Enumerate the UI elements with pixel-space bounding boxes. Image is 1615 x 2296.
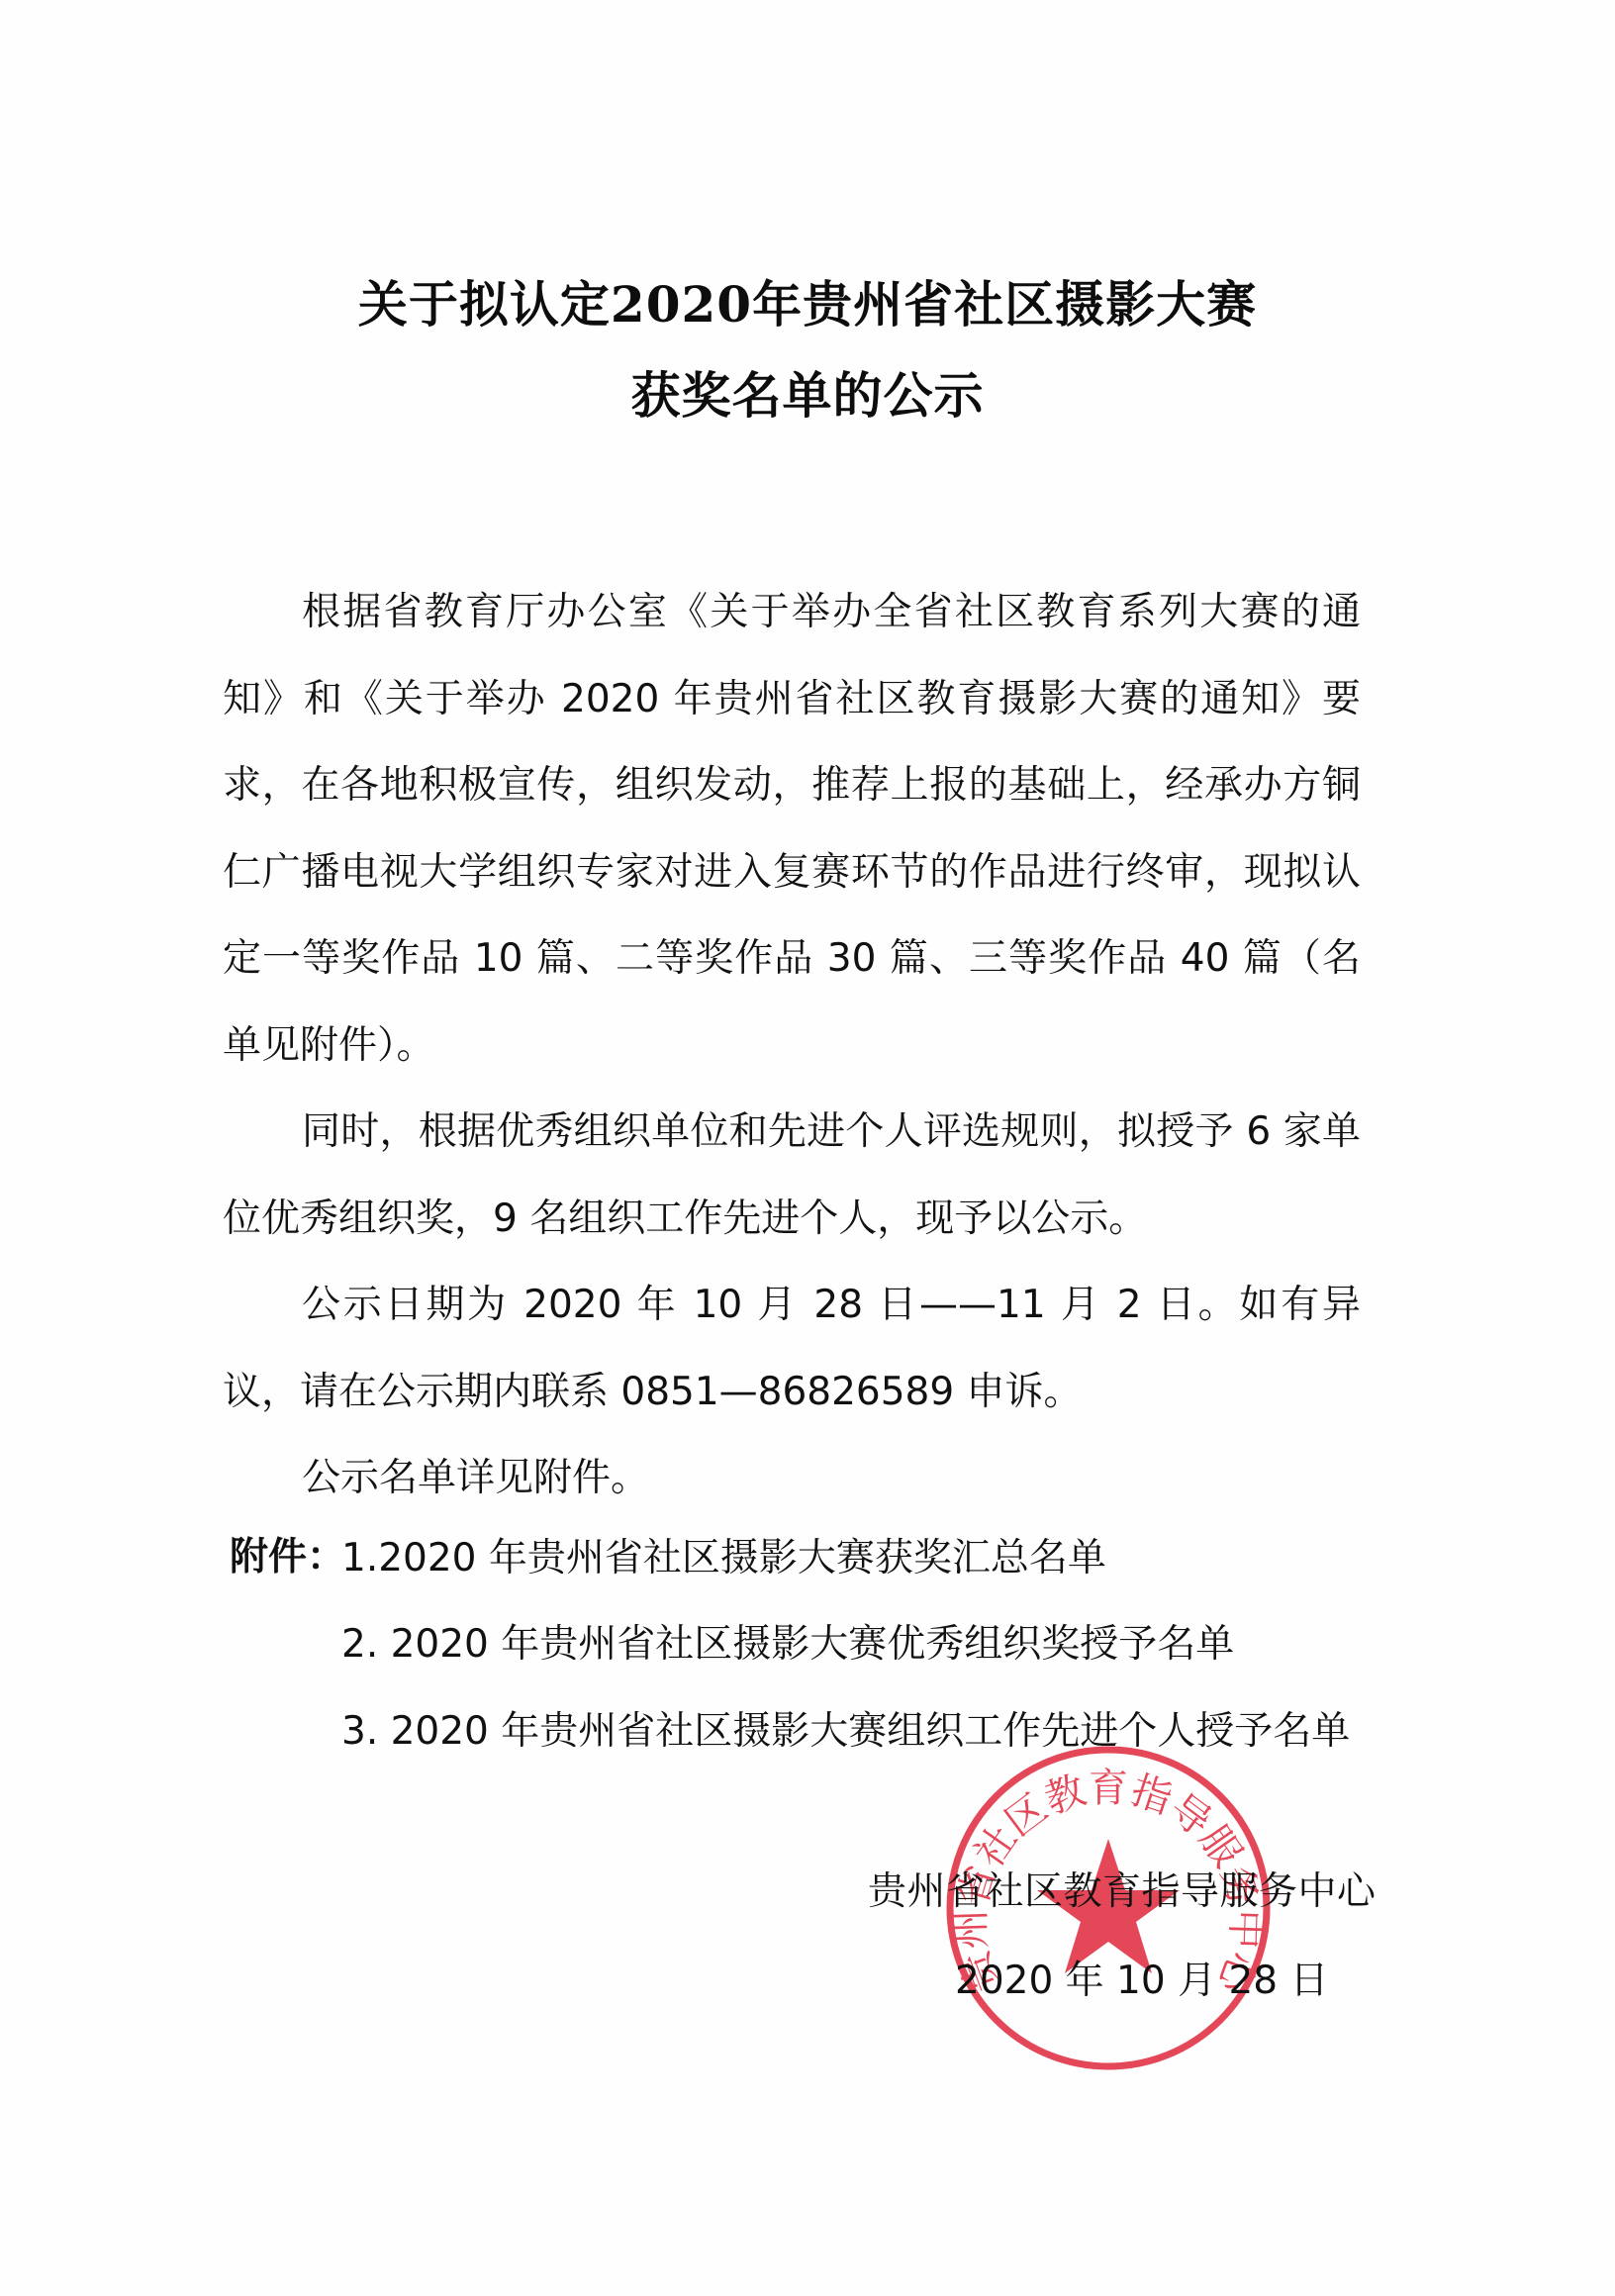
paragraph-3: 公示日期为 2020 年 10 月 28 日——11 月 2 日。如有异议，请在… xyxy=(223,1262,1361,1435)
signature-date: 2020 年 10 月 28 日 xyxy=(955,1950,1329,2005)
title-line-1: 关于拟认定2020年贵州省社区摄影大赛 xyxy=(0,265,1615,336)
attachments-label: 附件： xyxy=(230,1514,345,1601)
attachment-item-2: 2. 2020 年贵州省社区摄影大赛优秀组织奖授予名单 xyxy=(341,1613,1234,1669)
signature-organization: 贵州省社区教育指导服务中心 xyxy=(868,1861,1377,1916)
document-page: 关于拟认定2020年贵州省社区摄影大赛 获奖名单的公示 根据省教育厅办公室《关于… xyxy=(0,0,1615,2296)
attachments-label-text: 附件： xyxy=(230,1535,345,1579)
body-text: 根据省教育厅办公室《关于举办全省社区教育系列大赛的通知》和《关于举办 2020 … xyxy=(223,569,1361,1522)
attachment-item-1: 1.2020 年贵州省社区摄影大赛获奖汇总名单 xyxy=(341,1527,1106,1582)
title-line-2: 获奖名单的公示 xyxy=(0,356,1615,428)
paragraph-4: 公示名单详见附件。 xyxy=(223,1435,1361,1522)
paragraph-1: 根据省教育厅办公室《关于举办全省社区教育系列大赛的通知》和《关于举办 2020 … xyxy=(223,569,1361,1089)
paragraph-2: 同时，根据优秀组织单位和先进个人评选规则，拟授予 6 家单位优秀组织奖，9 名组… xyxy=(223,1089,1361,1262)
